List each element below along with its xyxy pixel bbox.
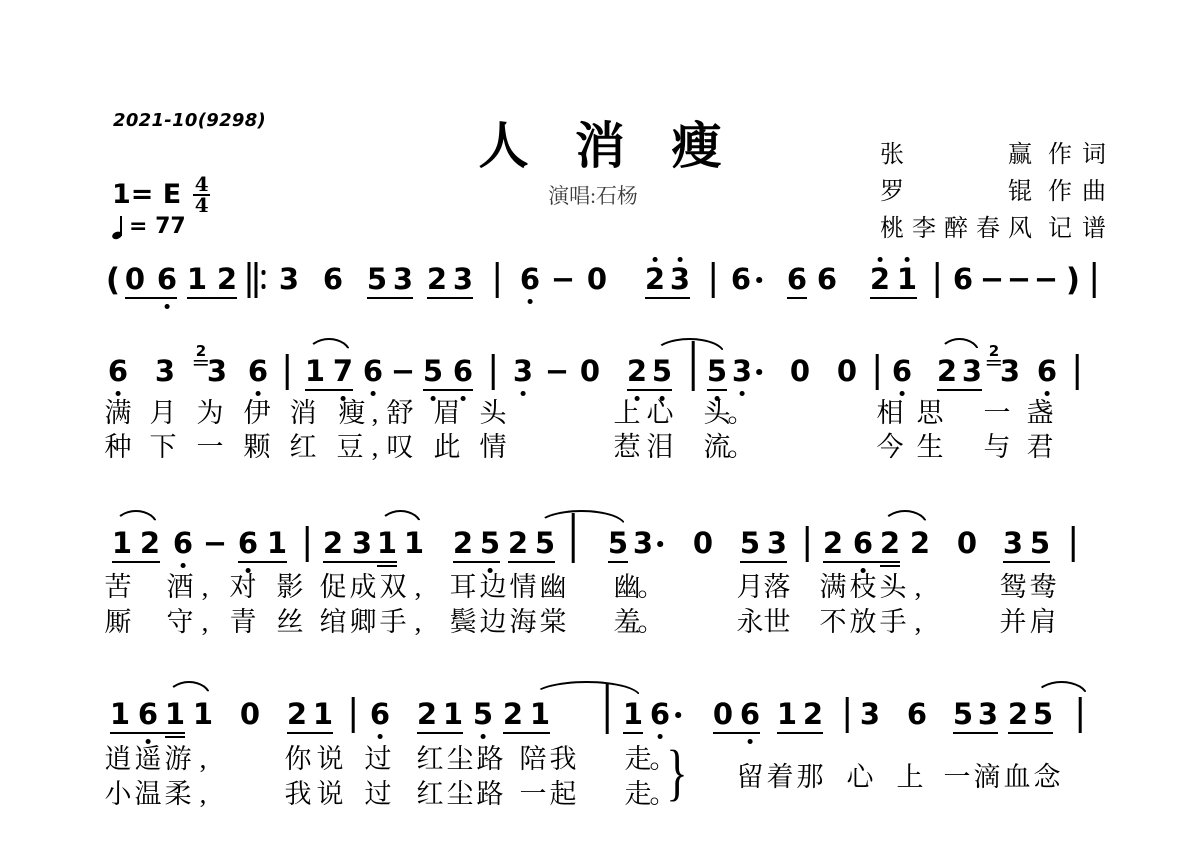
beam-line [870,297,917,299]
duration-dash: − [1034,265,1058,294]
lyric-char: 君 [1027,434,1054,461]
lyric-char: 促 [320,574,347,601]
credit-name-char: 罗 [880,171,904,206]
beam-line [377,565,397,567]
note: 2 [645,265,665,294]
lyric-char: 起 [550,781,577,808]
lyric-char: 守 [167,609,194,636]
lyric-char: 红 [290,434,317,461]
beam-line [627,389,672,391]
note: 3 [978,700,998,729]
duration-dash: − [391,357,415,386]
barline [806,526,809,562]
note: 6 [108,357,128,386]
slur-arc [1035,681,1088,697]
lyric-char: , [415,609,422,636]
key-label: 1= E [112,179,181,210]
beam-line [823,561,900,563]
lyric-char: 头 [704,400,731,427]
credit-role: 作曲 [1048,171,1106,206]
lyric-char: 边 [480,609,507,636]
slur-arc [167,681,211,697]
lyric-char: 鸯 [1030,574,1057,601]
slur-arc [939,338,980,354]
note: 6 [248,357,268,386]
note: 5 [953,700,973,729]
note: 2 [217,265,237,294]
duration-dash: − [980,265,1004,294]
lyric-char: 我 [285,781,312,808]
note: 3 [352,529,372,558]
lyric-char: 。 [728,434,755,461]
lyric-char: 下 [150,434,177,461]
beam-line [323,561,397,563]
lyric-char: 头 [880,574,907,601]
note: 2 [880,529,900,558]
beam-line [787,297,807,299]
note: 5 [740,529,760,558]
note: 1 [777,700,797,729]
lyric-char: 酒 [167,574,194,601]
lyric-char: 路 [477,781,504,808]
lyric-char: 上 [614,400,641,427]
note: 3 [155,357,175,386]
credit-name: 张赢 [880,134,1032,169]
beam-line [427,297,473,299]
time-signature: 4 4 [193,176,210,213]
beam-line [112,561,160,563]
beam-line [707,389,727,391]
sheet-music-page: 2021-10(9298) 人 消 瘦 演唱:石杨 张赢作词罗锟作曲桃李醉春风记… [0,0,1200,850]
note: 3 [279,265,299,294]
lyric-char: 边 [480,574,507,601]
lyric-char: , [372,400,379,427]
lyric-char: , [415,574,422,601]
lyric-char: 鬓 [450,609,477,636]
slur-arc [882,510,928,526]
augmentation-dot [756,277,762,283]
note: 2 [453,529,473,558]
lyric-char: 绾 [320,609,347,636]
note: 5 [1030,529,1050,558]
octave-dot [528,299,533,304]
note: 2 [1008,700,1028,729]
note: 6 [650,700,670,729]
lyric-char: 对 [230,574,257,601]
lyric-char: 肩 [1030,609,1057,636]
note: 5 [608,529,628,558]
lyric-char: 成 [350,574,377,601]
duration-dash: − [1007,265,1031,294]
note: 1 [112,529,132,558]
rest-note: 0 [713,700,733,729]
lyric-char: 说 [317,746,344,773]
meter-denominator: 4 [195,197,209,213]
beam-line [953,732,998,734]
augmentation-dot [675,712,681,718]
credit-name: 罗锟 [880,171,1032,206]
lyric-char: 逍 [105,746,132,773]
octave-dot [256,391,261,396]
beam-line [937,389,982,391]
beam-line [367,297,413,299]
lyric-char: 陪 [520,746,547,773]
lyric-char: 世 [764,609,791,636]
repeat-sign [248,262,267,298]
note: 6 [740,700,760,729]
octave-dot [905,257,910,262]
lyric-char: 眉 [434,400,461,427]
barline [286,354,289,390]
beam-line [713,732,760,734]
note: 1 [110,700,130,729]
note: 2 [627,357,647,386]
beam-line [287,732,333,734]
credit-role-char: 词 [1082,134,1106,169]
note: 3 [513,357,533,386]
note: 1 [313,700,333,729]
lyric-char: 并 [1000,609,1027,636]
note: 1 [267,529,287,558]
lyric-char: 枝 [850,574,877,601]
beam-line [645,297,690,299]
lyric-char: 血 [1004,764,1031,791]
lyric-char: 我 [550,746,577,773]
lyric-char: 尘 [447,746,474,773]
credit-row: 桃李醉春风记谱 [880,208,1106,245]
lyric-char: 不 [820,609,847,636]
lyric-char: 念 [1034,764,1061,791]
duration-dash: − [203,529,227,558]
note: 6 [453,357,473,386]
lyric-char: 走 [625,746,652,773]
lyric-char: 头 [480,400,507,427]
lyric-char: 种 [105,434,132,461]
credit-name-char: 醉 [944,208,968,243]
augmentation-dot [657,541,663,547]
octave-dot [658,734,663,739]
credit-name: 桃李醉春风 [880,208,1032,243]
beam-line [508,561,555,563]
note: 1 [530,700,550,729]
octave-dot [521,391,526,396]
lyric-char: 今 [877,434,904,461]
note: 6 [953,265,973,294]
barline [496,262,499,298]
note: 6 [363,357,383,386]
barline [1079,697,1082,733]
parenthesis: ) [1066,265,1080,295]
note: 3 [393,265,413,294]
note: 1 [623,700,643,729]
quarter-note-icon [112,215,125,239]
slur-arc [537,510,626,526]
beam-line [740,561,787,563]
note: 6 [370,700,390,729]
meter-numerator: 4 [195,176,209,192]
lyric-char: 丝 [277,609,304,636]
barline [936,262,939,298]
note: 2 [870,265,890,294]
credit-name-char: 锟 [1008,171,1032,206]
note: 2 [823,529,843,558]
note: 3 [670,265,690,294]
lyric-char: 永 [737,609,764,636]
lyric-char: 红 [417,746,444,773]
lyric-char: 满 [820,574,847,601]
credit-role-char: 作 [1048,171,1072,206]
credit-role-char: 作 [1048,134,1072,169]
barline [712,262,715,298]
note: 1 [404,529,424,558]
barline [1093,262,1096,298]
lyric-char: 思 [917,400,944,427]
lyric-char: 与 [984,434,1011,461]
beam-line [125,297,177,299]
lyric-char: 红 [417,781,444,808]
lyric-char: 耳 [450,574,477,601]
credit-role-char: 记 [1048,208,1072,243]
parenthesis: ( [106,265,120,295]
beam-line [453,561,500,563]
rest-note: 0 [240,700,260,729]
beam-line [417,732,463,734]
note: 3 [962,357,982,386]
octave-dot [165,304,170,309]
credit-row: 张赢作词 [880,134,1106,171]
note: 2 [937,357,957,386]
lyric-char: 苦 [105,574,132,601]
beam-line [110,732,185,734]
note: 5 [423,357,443,386]
octave-dot [481,734,486,739]
credit-name-char: 风 [1008,208,1032,243]
credit-role-char: 谱 [1082,208,1106,243]
lyric-char: 此 [434,434,461,461]
lyric-char: 走 [625,781,652,808]
credit-name-char: 赢 [1008,134,1032,169]
lyric-char: 滴 [974,764,1001,791]
note: 5 [535,529,555,558]
credit-row: 罗锟作曲 [880,171,1106,208]
lyric-char: 影 [277,574,304,601]
note: 1 [187,265,207,294]
note: 6 [173,529,193,558]
credit-role: 作词 [1048,134,1106,169]
lyric-char: 颗 [244,434,271,461]
note: 2 [803,700,823,729]
note: 2 [417,700,437,729]
beam-line [165,736,185,738]
lyric-char: 一 [520,781,547,808]
rest-note: 0 [580,357,600,386]
lyric-char: 落 [764,574,791,601]
note: 3 [453,265,473,294]
lyric-char: 生 [917,434,944,461]
lyric-char: 尘 [447,781,474,808]
lyric-char: 卿 [350,609,377,636]
octave-dot [371,391,376,396]
lyric-char: , [915,574,922,601]
note: 2 [503,700,523,729]
rest-note: 0 [837,357,857,386]
lyric-char: 上 [897,764,924,791]
note: 6 [323,265,343,294]
credit-role: 记谱 [1048,208,1106,243]
lyric-char: 一 [984,400,1011,427]
lyric-char: 青 [230,609,257,636]
lyric-char: , [200,746,207,773]
beam-line [187,297,237,299]
lyric-char: 双 [380,574,407,601]
lyric-char: , [372,434,379,461]
lyric-char: 手 [880,609,907,636]
credit-name-char: 李 [912,208,936,243]
note: 2 [508,529,528,558]
rest-note: 0 [790,357,810,386]
octave-dot [653,257,658,262]
note: 6 [731,265,751,294]
lyric-char: , [202,574,209,601]
note: 1 [193,700,213,729]
lyric-char: 盏 [1027,400,1054,427]
lyric-char: 鸳 [1000,574,1027,601]
credit-name-char: 春 [976,208,1000,243]
note: 3 [1000,357,1020,386]
octave-dot [878,257,883,262]
lyric-char: 。 [728,400,755,427]
lyric-char: 伊 [244,400,271,427]
note: 7 [333,357,353,386]
augmentation-dot [756,369,762,375]
lyric-char: 情 [480,434,507,461]
octave-dot [116,391,121,396]
lyric-char: , [200,781,207,808]
lyric-char: 羞 [614,609,641,636]
lyric-char: 消 [290,400,317,427]
octave-dot [461,396,466,401]
rest-note: 0 [957,529,977,558]
lyric-char: 说 [317,781,344,808]
barline [352,697,355,733]
beam-line [623,732,643,734]
lyric-char: 满 [105,400,132,427]
lyric-char: 棠 [540,609,567,636]
lyric-char: 相 [877,400,904,427]
catalog-number: 2021-10(9298) [113,110,266,131]
note: 2 [140,529,160,558]
octave-dot [1045,391,1050,396]
barline [876,354,879,390]
lyric-char: 泪 [647,434,674,461]
beam-line [503,732,550,734]
slur-arc [532,681,641,697]
note: 6 [817,265,837,294]
note: 1 [443,700,463,729]
lyric-char: 一 [944,764,971,791]
beam-line [423,389,473,391]
lyric-char: 路 [477,746,504,773]
lyric-char: 遥 [135,746,162,773]
octave-dot [740,391,745,396]
lyric-char: 过 [365,746,392,773]
lyric-char: 。 [638,609,665,636]
note: 6 [238,529,258,558]
lyric-char: 厮 [105,609,132,636]
lyric-char: 柔 [165,781,192,808]
note: 6 [520,265,540,294]
note: 2 [323,529,343,558]
note: 5 [473,700,493,729]
note: 6 [138,700,158,729]
lyric-char: 过 [365,781,392,808]
rest-note: 0 [587,265,607,294]
lyric-char: 放 [850,609,877,636]
lyric-char: 手 [380,609,407,636]
note: 5 [480,529,500,558]
ending-brace: } [666,742,687,804]
credit-name-char: 张 [880,134,904,169]
rest-note: 0 [125,265,145,294]
credits-block: 张赢作词罗锟作曲桃李醉春风记谱 [880,134,1106,245]
tempo-value: = 77 [129,214,186,239]
note: 6 [907,700,927,729]
lyric-char: 海 [510,609,537,636]
lyric-char: 流 [704,434,731,461]
note: 3 [860,700,880,729]
lyric-char: 小 [105,781,132,808]
octave-dot [678,257,683,262]
note: 1 [377,529,397,558]
lyric-char: 一 [197,434,224,461]
note: 2 [910,529,930,558]
lyric-char: 惹 [614,434,641,461]
note: 5 [367,265,387,294]
rest-note: 0 [693,529,713,558]
slur-arc [379,510,422,526]
beam-line [880,565,900,567]
barline [846,697,849,733]
slur-arc [114,510,158,526]
slur-arc [307,338,351,354]
note: 3 [633,529,653,558]
note: 6 [1037,357,1057,386]
note: 6 [892,357,912,386]
note: 2 [287,700,307,729]
lyric-char: 幽 [540,574,567,601]
song-title: 人 消 瘦 [479,106,722,178]
beam-line [305,389,353,391]
note: 1 [305,357,325,386]
note: 1 [897,265,917,294]
lyric-char: 月 [150,400,177,427]
note: 3 [207,357,227,386]
lyric-char: 心 [647,400,674,427]
note: 6 [853,529,873,558]
octave-dot [748,739,753,744]
duration-dash: − [551,265,575,294]
lyric-char: 你 [285,746,312,773]
note: 3 [732,357,752,386]
note: 3 [767,529,787,558]
lyric-char: 着 [767,764,794,791]
slur-arc [654,338,725,354]
beam-line [1003,561,1050,563]
barline [1072,526,1075,562]
lyric-char: 心 [847,764,874,791]
lyric-char: 游 [165,746,192,773]
tempo-marking: = 77 [112,214,186,239]
